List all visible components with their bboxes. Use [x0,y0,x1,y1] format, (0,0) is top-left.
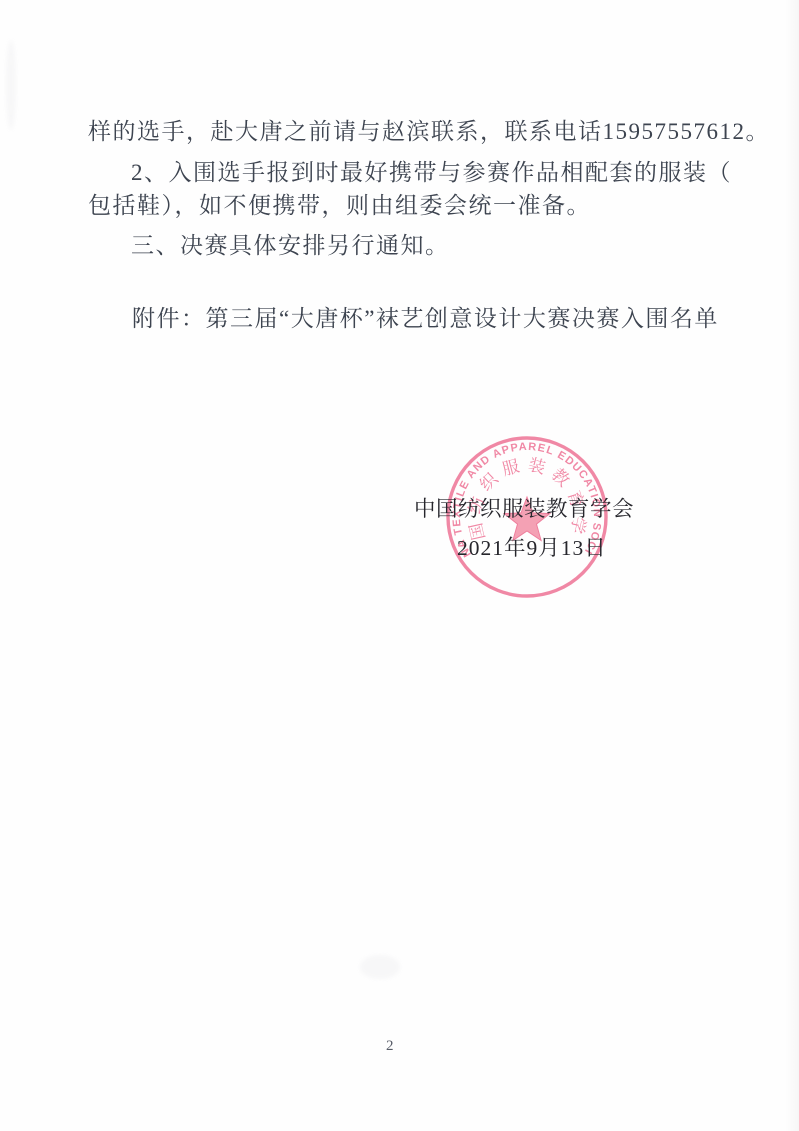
body-line-3: 包括鞋），如不便携带，则由组委会统一准备。 [88,189,591,222]
seal-inner-text: 中国纺织服装教育学会 [427,417,589,542]
page-number: 2 [386,1038,394,1055]
attachment-line: 附件：第三届“大唐杯”袜艺创意设计大赛决赛入围名单 [132,302,719,335]
signature-organization: 中国纺织服装教育学会 [414,492,634,523]
scan-smudge [6,40,16,130]
body-line-2: 2、入围选手报到时最好携带与参赛作品相配套的服装（ [131,156,732,189]
signature-date: 2021年9月13日 [457,531,607,562]
body-line-4: 三、决赛具体安排另行通知。 [131,229,450,262]
scanned-document-page: 样的选手，赴大唐之前请与赵滨联系，联系电话15957557612。 2、入围选手… [0,0,799,1131]
scan-smudge [360,955,400,979]
body-line-1: 样的选手，赴大唐之前请与赵滨联系，联系电话15957557612。 [88,115,770,148]
